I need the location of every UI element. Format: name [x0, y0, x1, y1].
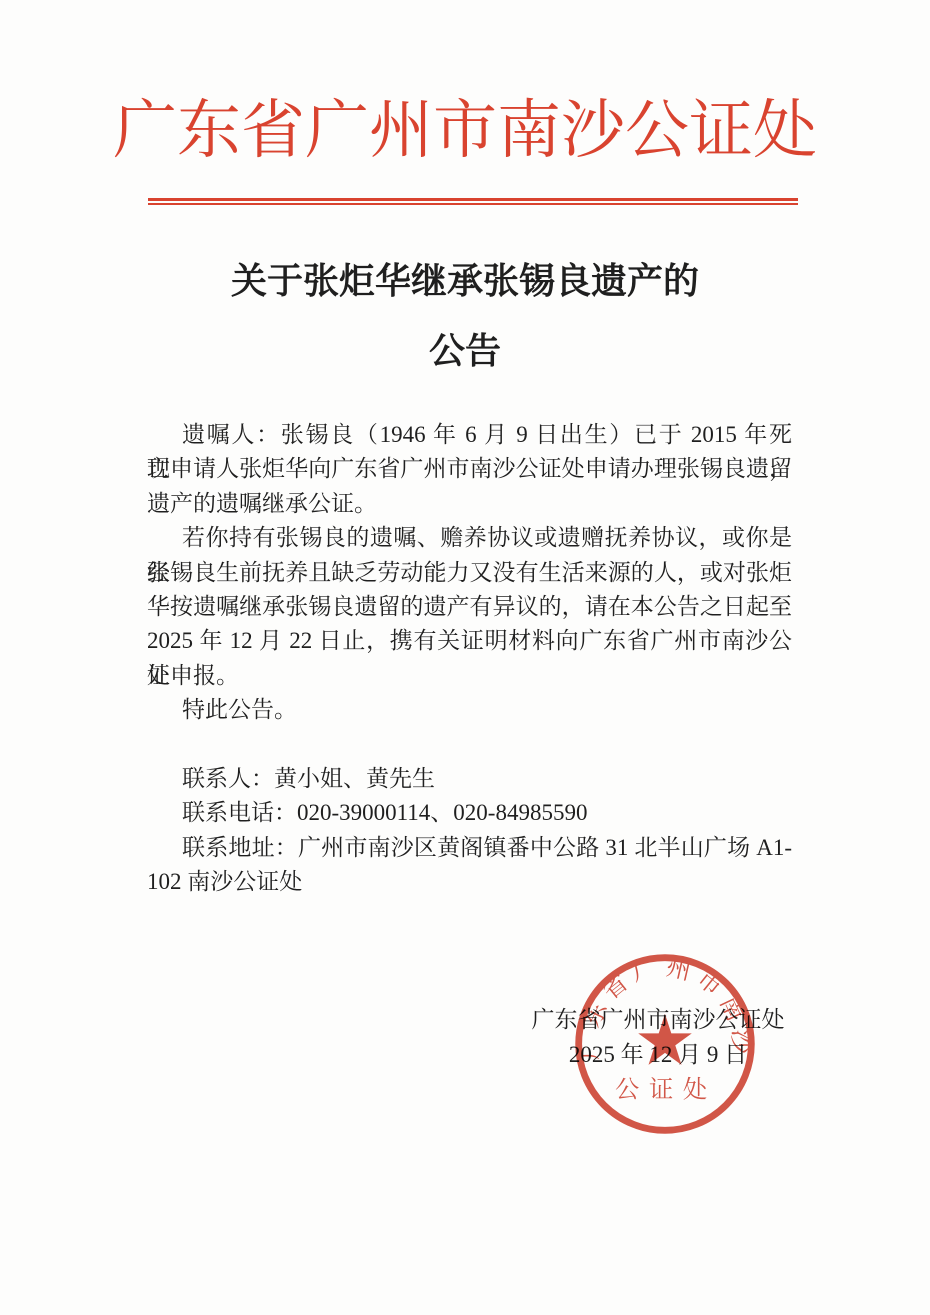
notary-announcement-page: 广东省广州市南沙公证处 关于张炬华继承张锡良遗产的 公告 遗嘱人：张锡良（194… — [0, 0, 930, 1315]
contact-address-line: 102 南沙公证处 — [147, 865, 792, 899]
body-line: 遗嘱人：张锡良（1946 年 6 月 9 日出生）已于 2015 年死亡， — [147, 418, 792, 452]
body-line: 遗产的遗嘱继承公证。 — [147, 487, 792, 521]
seal-star-icon — [638, 1014, 692, 1065]
body-line: 处申报。 — [147, 659, 792, 693]
body-line-closing: 特此公告。 — [147, 693, 792, 727]
letterhead-office-name: 广东省广州市南沙公证处 — [0, 88, 930, 174]
contact-person-line: 联系人：黄小姐、黄先生 — [147, 762, 792, 796]
announcement-body: 遗嘱人：张锡良（1946 年 6 月 9 日出生）已于 2015 年死亡， 现申… — [147, 418, 792, 899]
body-line: 现申请人张炬华向广东省广州市南沙公证处申请办理张锡良遗留 — [147, 452, 792, 486]
title-line-2: 公告 — [0, 316, 930, 386]
seal-bottom-text: 公证处 — [615, 1076, 717, 1103]
letterhead-rule — [148, 198, 798, 203]
body-line: 张锡良生前抚养且缺乏劳动能力又没有生活来源的人，或对张炬 — [147, 556, 792, 590]
announcement-title: 关于张炬华继承张锡良遗产的 公告 — [0, 246, 930, 386]
contact-phone-line: 联系电话：020-39000114、020-84985590 — [147, 796, 792, 830]
blank-line — [147, 728, 792, 762]
title-line-1: 关于张炬华继承张锡良遗产的 — [0, 246, 930, 316]
notary-seal: 广东省广州市南沙 公证处 — [568, 947, 762, 1141]
body-line: 华按遗嘱继承张锡良遗留的遗产有异议的，请在本公告之日起至 — [147, 590, 792, 624]
contact-address-line: 联系地址：广州市南沙区黄阁镇番中公路 31 北半山广场 A1- — [147, 831, 792, 865]
body-line: 2025 年 12 月 22 日止，携有关证明材料向广东省广州市南沙公证 — [147, 624, 792, 658]
body-line: 若你持有张锡良的遗嘱、赡养协议或遗赠抚养协议，或你是经 — [147, 521, 792, 555]
